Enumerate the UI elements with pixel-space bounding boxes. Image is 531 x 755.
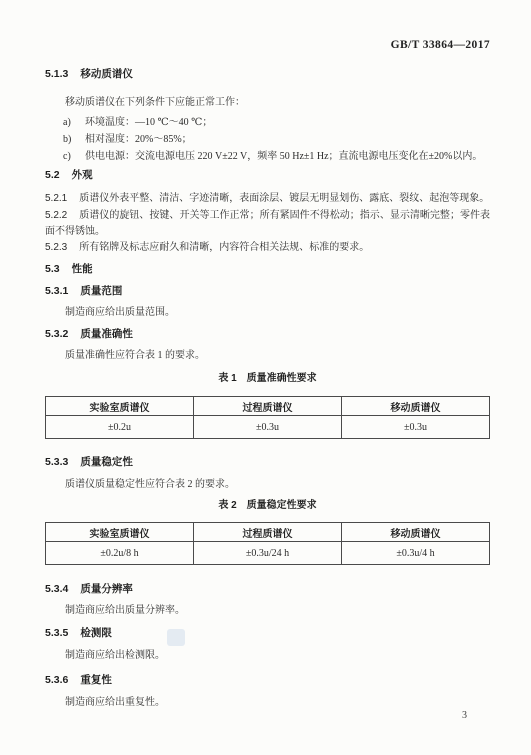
- section-5-1-3-heading: 5.1.3移动质谱仪: [45, 67, 490, 82]
- section-5-3-3-body: 质谱仪质量稳定性应符合表 2 的要求。: [45, 478, 490, 492]
- page-content: GB/T 33864—2017 5.1.3移动质谱仪 移动质谱仪在下列条件下应能…: [45, 0, 490, 710]
- clause-text: 质谱仪外表平整、清洁、字迹清晰，表面涂层、镀层无明显划伤、露底、裂纹、起泡等现象…: [79, 193, 489, 204]
- condition-list: a) 环境温度：—10 ℃～40 ℃； b) 相对湿度：20%～85%； c) …: [45, 114, 490, 165]
- table-value-row: ±0.2u ±0.3u ±0.3u: [46, 416, 490, 439]
- section-5-1-3-intro: 移动质谱仪在下列条件下应能正常工作：: [45, 96, 490, 110]
- section-number: 5.3.6: [45, 674, 68, 686]
- section-5-3-3-heading: 5.3.3质量稳定性: [45, 455, 490, 470]
- table-caption-title: 质量稳定性要求: [247, 500, 317, 511]
- section-5-3-6-body: 制造商应给出重复性。: [45, 696, 490, 710]
- list-item-text: 环境温度：—10 ℃～40 ℃；: [85, 114, 490, 131]
- section-number: 5.3.3: [45, 456, 68, 468]
- table-value-cell: ±0.2u: [46, 416, 194, 439]
- table-caption-title: 质量准确性要求: [247, 373, 317, 384]
- section-5-3-5-body: 制造商应给出检测限。: [45, 649, 490, 663]
- table-header-cell: 移动质谱仪: [342, 523, 490, 542]
- page-number: 3: [462, 710, 467, 721]
- section-5-3-1-body: 制造商应给出质量范围。: [45, 306, 490, 320]
- section-number: 5.3.5: [45, 627, 68, 639]
- list-item-text: 供电电源：交流电源电压 220 V±22 V，频率 50 Hz±1 Hz；直流电…: [85, 148, 490, 165]
- section-title: 质量准确性: [80, 328, 133, 340]
- section-title: 质量稳定性: [80, 456, 133, 468]
- section-number: 5.2: [45, 169, 60, 181]
- list-marker: a): [63, 114, 85, 131]
- table-header-row: 实验室质谱仪 过程质谱仪 移动质谱仪: [46, 523, 490, 542]
- clause-5-2-1: 5.2.1质谱仪外表平整、清洁、字迹清晰，表面涂层、镀层无明显划伤、露底、裂纹、…: [45, 191, 490, 207]
- section-title: 质量分辨率: [80, 583, 133, 595]
- section-number: 5.3.4: [45, 583, 68, 595]
- section-5-3-4-body: 制造商应给出质量分辨率。: [45, 604, 490, 618]
- list-item: c) 供电电源：交流电源电压 220 V±22 V，频率 50 Hz±1 Hz；…: [45, 148, 490, 165]
- section-number: 5.1.3: [45, 68, 68, 80]
- table-header-cell: 过程质谱仪: [194, 397, 342, 416]
- section-number: 5.3: [45, 263, 60, 275]
- section-title: 移动质谱仪: [80, 68, 133, 80]
- table-value-row: ±0.2u/8 h ±0.3u/24 h ±0.3u/4 h: [46, 542, 490, 565]
- section-5-3-heading: 5.3性能: [45, 262, 490, 277]
- table-1: 实验室质谱仪 过程质谱仪 移动质谱仪 ±0.2u ±0.3u ±0.3u: [45, 396, 490, 439]
- clause-5-2-3: 5.2.3所有铭牌及标志应耐久和清晰，内容符合相关法规、标准的要求。: [45, 240, 490, 256]
- section-title: 检测限: [80, 627, 112, 639]
- table-2: 实验室质谱仪 过程质谱仪 移动质谱仪 ±0.2u/8 h ±0.3u/24 h …: [45, 522, 490, 565]
- list-item-text: 相对湿度：20%～85%；: [85, 131, 490, 148]
- table-2-caption: 表 2质量稳定性要求: [45, 499, 490, 513]
- clause-number: 5.2.3: [45, 242, 67, 253]
- table-header-cell: 移动质谱仪: [342, 397, 490, 416]
- table-header-row: 实验室质谱仪 过程质谱仪 移动质谱仪: [46, 397, 490, 416]
- table-value-cell: ±0.3u/24 h: [194, 542, 342, 565]
- list-marker: b): [63, 131, 85, 148]
- table-caption-label: 表 1: [218, 373, 236, 384]
- clause-text: 质谱仪的旋钮、按键、开关等工作正常；所有紧固件不得松动；指示、显示清晰完整；零件…: [45, 210, 490, 237]
- section-5-3-4-heading: 5.3.4质量分辨率: [45, 582, 490, 597]
- list-marker: c): [63, 148, 85, 165]
- document-page: GB/T 33864—2017 5.1.3移动质谱仪 移动质谱仪在下列条件下应能…: [0, 0, 531, 755]
- section-5-3-6-heading: 5.3.6重复性: [45, 673, 490, 688]
- standard-number-header: GB/T 33864—2017: [45, 0, 490, 52]
- section-5-2-heading: 5.2外观: [45, 168, 490, 183]
- section-title: 质量范围: [80, 285, 122, 297]
- table-caption-label: 表 2: [218, 500, 236, 511]
- faint-stamp-watermark: [167, 629, 185, 646]
- section-5-3-2-body: 质量准确性应符合表 1 的要求。: [45, 349, 490, 363]
- table-value-cell: ±0.3u/4 h: [342, 542, 490, 565]
- table-header-cell: 实验室质谱仪: [46, 523, 194, 542]
- clause-number: 5.2.2: [45, 210, 67, 221]
- section-title: 重复性: [80, 674, 112, 686]
- section-title: 性能: [72, 263, 93, 275]
- section-number: 5.3.2: [45, 328, 68, 340]
- section-5-3-5-heading: 5.3.5检测限: [45, 626, 490, 641]
- table-header-cell: 实验室质谱仪: [46, 397, 194, 416]
- table-1-caption: 表 1质量准确性要求: [45, 372, 490, 386]
- section-title: 外观: [72, 169, 93, 181]
- section-number: 5.3.1: [45, 285, 68, 297]
- table-value-cell: ±0.3u: [342, 416, 490, 439]
- clause-5-2-2: 5.2.2质谱仪的旋钮、按键、开关等工作正常；所有紧固件不得松动；指示、显示清晰…: [45, 208, 490, 240]
- list-item: b) 相对湿度：20%～85%；: [45, 131, 490, 148]
- list-item: a) 环境温度：—10 ℃～40 ℃；: [45, 114, 490, 131]
- table-header-cell: 过程质谱仪: [194, 523, 342, 542]
- clause-number: 5.2.1: [45, 193, 67, 204]
- table-value-cell: ±0.2u/8 h: [46, 542, 194, 565]
- table-value-cell: ±0.3u: [194, 416, 342, 439]
- section-5-3-1-heading: 5.3.1质量范围: [45, 284, 490, 299]
- section-5-3-2-heading: 5.3.2质量准确性: [45, 327, 490, 342]
- clause-text: 所有铭牌及标志应耐久和清晰，内容符合相关法规、标准的要求。: [79, 242, 369, 253]
